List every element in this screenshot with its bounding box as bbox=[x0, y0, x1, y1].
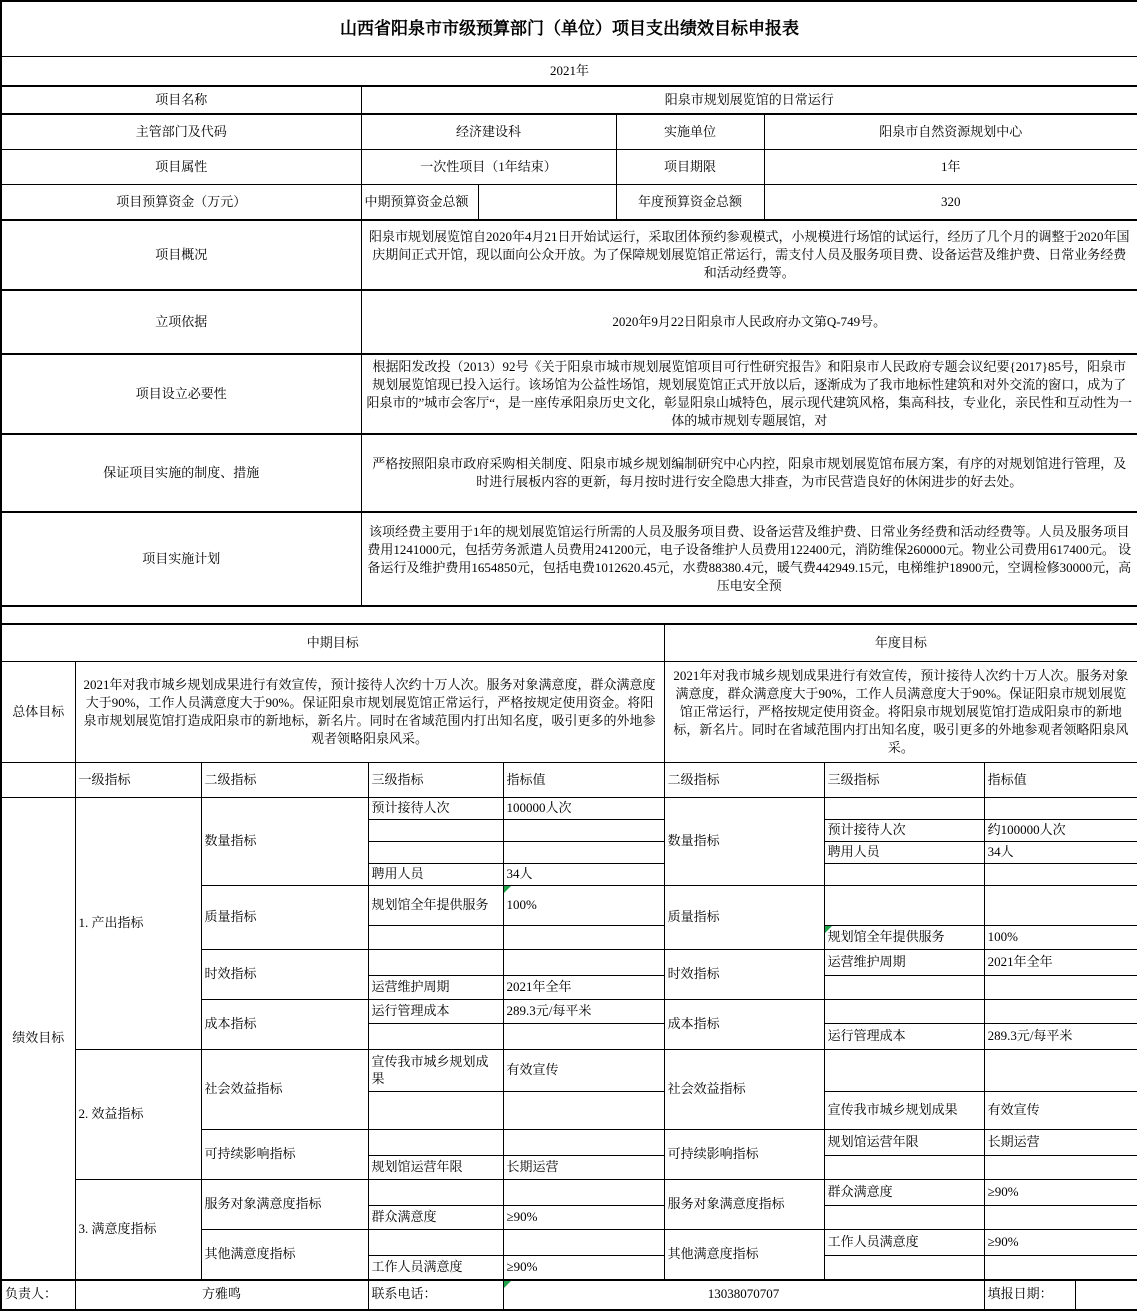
header-level3-left: 三级指标 bbox=[368, 763, 503, 798]
value-cell: 100% bbox=[984, 926, 1137, 950]
subgroup-quality-left: 质量指标 bbox=[201, 886, 368, 950]
impl-unit-value: 阳泉市自然资源规划中心 bbox=[764, 114, 1137, 150]
empty-cell bbox=[984, 976, 1137, 1000]
spacer-row bbox=[1, 606, 1137, 624]
subgroup-social-benefit-right: 社会效益指标 bbox=[664, 1050, 824, 1130]
value-cell: 有效宣传 bbox=[503, 1050, 664, 1092]
value-cell: 100000人次 bbox=[503, 798, 664, 820]
subgroup-timeliness-right: 时效指标 bbox=[664, 950, 824, 1000]
header-level3-right: 三级指标 bbox=[824, 763, 984, 798]
empty-cell bbox=[503, 820, 664, 842]
indicator-cell: 规划馆运营年限 bbox=[368, 1156, 503, 1180]
empty-cell bbox=[503, 1130, 664, 1156]
indicator-cell: 聘用人员 bbox=[368, 864, 503, 886]
value-cell: 2021年全年 bbox=[984, 950, 1137, 976]
attr-label: 项目属性 bbox=[1, 150, 361, 185]
mid-overall-goal-text: 2021年对我市城乡规划成果进行有效宣传，预计接待人次约十万人次。服务对象满意度… bbox=[75, 662, 664, 763]
value-cell: ≥90% bbox=[503, 1256, 664, 1280]
necessity-label: 项目设立必要性 bbox=[1, 354, 361, 434]
header-level1: 一级指标 bbox=[75, 763, 201, 798]
empty-cell bbox=[503, 842, 664, 864]
indicator-cell: 工作人员满意度 bbox=[368, 1256, 503, 1280]
indicator-cell: 聘用人员 bbox=[824, 842, 984, 864]
empty-cell bbox=[368, 1024, 503, 1050]
empty-cell bbox=[824, 798, 984, 820]
plan-text-clip: 该项经费主要用于1年的规划展览馆运行所需的人员及服务项目费、设备运营及维护费、日… bbox=[367, 523, 1133, 595]
form-title: 山西省阳泉市市级预算部门（单位）项目支出绩效目标申报表 bbox=[1, 1, 1137, 57]
subgroup-quality-right: 质量指标 bbox=[664, 886, 824, 950]
indicator-cell: 运营维护周期 bbox=[824, 950, 984, 976]
subgroup-other-satisfaction-left: 其他满意度指标 bbox=[201, 1230, 368, 1280]
overall-goal-label: 总体目标 bbox=[1, 662, 75, 763]
dept-value: 经济建设科 bbox=[361, 114, 616, 150]
value-cell: ≥90% bbox=[984, 1180, 1137, 1206]
empty-cell bbox=[503, 1024, 664, 1050]
declaration-form-top-table: 山西省阳泉市市级预算部门（单位）项目支出绩效目标申报表 2021年 项目名称 阳… bbox=[0, 0, 1137, 625]
group-benefit-indicator: 2. 效益指标 bbox=[75, 1050, 201, 1180]
value-cell: 289.3元/每平米 bbox=[503, 1000, 664, 1024]
goals-and-indicators-table: 中期目标 年度目标 总体目标 2021年对我市城乡规划成果进行有效宣传，预计接待… bbox=[0, 623, 1137, 1311]
empty-cell bbox=[503, 926, 664, 950]
empty-cell bbox=[824, 864, 984, 886]
value-cell: ≥90% bbox=[984, 1230, 1137, 1256]
project-name-label: 项目名称 bbox=[1, 86, 361, 114]
empty-cell bbox=[984, 864, 1137, 886]
mid-goal-header: 中期目标 bbox=[1, 624, 664, 662]
responsible-label: 负责人： bbox=[1, 1280, 75, 1310]
subgroup-cost-left: 成本指标 bbox=[201, 1000, 368, 1050]
empty-cell bbox=[984, 886, 1137, 926]
empty-cell bbox=[824, 1156, 984, 1180]
empty-cell bbox=[824, 1050, 984, 1092]
empty-cell bbox=[368, 842, 503, 864]
budget-label: 项目预算资金（万元） bbox=[1, 185, 361, 221]
impl-unit-label: 实施单位 bbox=[616, 114, 764, 150]
subgroup-service-satisfaction-left: 服务对象满意度指标 bbox=[201, 1180, 368, 1230]
mid-budget-label: 中期预算资金总额 bbox=[361, 185, 478, 221]
indicator-cell: 运行管理成本 bbox=[824, 1024, 984, 1050]
indicator-cell: 群众满意度 bbox=[368, 1206, 503, 1230]
basis-text: 2020年9月22日阳泉市人民政府办文第Q-749号。 bbox=[361, 290, 1137, 354]
dept-label: 主管部门及代码 bbox=[1, 114, 361, 150]
indicator-cell: 运行管理成本 bbox=[368, 1000, 503, 1024]
annual-budget-value: 320 bbox=[764, 185, 1137, 221]
safeguard-text: 严格按照阳泉市政府采购相关制度、阳泉市城乡规划编制研究中心内控，阳泉市规划展览馆… bbox=[361, 434, 1137, 512]
header-level2-left: 二级指标 bbox=[201, 763, 368, 798]
necessity-text-clip: 根据阳发改投（2013）92号《关于阳泉市城市规划展览馆项目可行性研究报告》和阳… bbox=[367, 358, 1133, 430]
value-cell: 长期运营 bbox=[503, 1156, 664, 1180]
value-cell: 有效宣传 bbox=[984, 1092, 1137, 1130]
subgroup-social-benefit-left: 社会效益指标 bbox=[201, 1050, 368, 1130]
value-cell: ≥90% bbox=[503, 1206, 664, 1230]
phone-number: 13038070707 bbox=[503, 1280, 984, 1310]
empty-cell bbox=[984, 1256, 1137, 1280]
subgroup-cost-right: 成本指标 bbox=[664, 1000, 824, 1050]
indicator-cell: 规划馆全年提供服务 bbox=[368, 886, 503, 926]
empty-cell bbox=[368, 1230, 503, 1256]
plan-text: 该项经费主要用于1年的规划展览馆运行所需的人员及服务项目费、设备运营及维护费、日… bbox=[361, 512, 1137, 606]
empty-cell bbox=[503, 1180, 664, 1206]
safeguard-label: 保证项目实施的制度、措施 bbox=[1, 434, 361, 512]
period-value: 1年 bbox=[764, 150, 1137, 185]
basis-label: 立项依据 bbox=[1, 290, 361, 354]
value-cell: 长期运营 bbox=[984, 1130, 1137, 1156]
period-label: 项目期限 bbox=[616, 150, 764, 185]
value-cell: 34人 bbox=[503, 864, 664, 886]
subgroup-sustainability-left: 可持续影响指标 bbox=[201, 1130, 368, 1180]
subgroup-sustainability-right: 可持续影响指标 bbox=[664, 1130, 824, 1180]
indicator-cell: 预计接待人次 bbox=[368, 798, 503, 820]
indicator-cell: 宣传我市城乡规划成果 bbox=[368, 1050, 503, 1092]
indicator-cell: 预计接待人次 bbox=[824, 820, 984, 842]
indicator-cell: 宣传我市城乡规划成果 bbox=[824, 1092, 984, 1130]
indicator-cell: 群众满意度 bbox=[824, 1180, 984, 1206]
empty-cell bbox=[503, 1230, 664, 1256]
annual-goal-header: 年度目标 bbox=[664, 624, 1137, 662]
indicator-cell: 运营维护周期 bbox=[368, 976, 503, 1000]
empty-cell bbox=[368, 1130, 503, 1156]
value-cell: 2021年全年 bbox=[503, 976, 664, 1000]
annual-overall-goal-text: 2021年对我市城乡规划成果进行有效宣传，预计接待人次约十万人次。服务对象满意度… bbox=[664, 662, 1137, 763]
report-date-label: 填报日期： bbox=[984, 1280, 1137, 1310]
empty-cell bbox=[503, 950, 664, 976]
phone-label: 联系电话： bbox=[368, 1280, 503, 1310]
indicator-cell-flagged: 规划馆全年提供服务 bbox=[824, 926, 984, 950]
value-cell-flagged: 100% bbox=[503, 886, 664, 926]
empty-cell bbox=[984, 1000, 1137, 1024]
subgroup-service-satisfaction-right: 服务对象满意度指标 bbox=[664, 1180, 824, 1230]
annual-budget-label: 年度预算资金总额 bbox=[616, 185, 764, 221]
attr-value: 一次性项目（1年结束） bbox=[361, 150, 616, 185]
necessity-text: 根据阳发改投（2013）92号《关于阳泉市城市规划展览馆项目可行性研究报告》和阳… bbox=[361, 354, 1137, 434]
empty-cell bbox=[368, 820, 503, 842]
value-cell: 约100000人次 bbox=[984, 820, 1137, 842]
empty-cell bbox=[824, 1256, 984, 1280]
empty-cell bbox=[368, 950, 503, 976]
responsible-name: 方雅鸣 bbox=[75, 1280, 368, 1310]
empty-cell bbox=[984, 1206, 1137, 1230]
subgroup-quantity-right: 数量指标 bbox=[664, 798, 824, 886]
empty-cell bbox=[368, 1092, 503, 1130]
empty-cell bbox=[824, 976, 984, 1000]
empty-cell bbox=[503, 1092, 664, 1130]
subgroup-timeliness-left: 时效指标 bbox=[201, 950, 368, 1000]
empty-cell bbox=[368, 926, 503, 950]
empty-corner-cell bbox=[1, 763, 75, 798]
indicator-cell: 规划馆运营年限 bbox=[824, 1130, 984, 1156]
group-satisfaction-indicator: 3. 满意度指标 bbox=[75, 1180, 201, 1280]
performance-goal-label: 绩效目标 bbox=[1, 798, 75, 1280]
value-cell: 289.3元/每平米 bbox=[984, 1024, 1137, 1050]
mid-budget-value bbox=[478, 185, 616, 221]
header-value-left: 指标值 bbox=[503, 763, 664, 798]
group-output-indicator: 1. 产出指标 bbox=[75, 798, 201, 1050]
form-year: 2021年 bbox=[1, 57, 1137, 87]
plan-label: 项目实施计划 bbox=[1, 512, 361, 606]
indicator-cell: 工作人员满意度 bbox=[824, 1230, 984, 1256]
empty-cell bbox=[368, 1180, 503, 1206]
header-level2-right: 二级指标 bbox=[664, 763, 824, 798]
empty-cell bbox=[824, 1000, 984, 1024]
subgroup-other-satisfaction-right: 其他满意度指标 bbox=[664, 1230, 824, 1280]
overview-text: 阳泉市规划展览馆自2020年4月21日开始试运行，采取团体预约参观模式，小规模进… bbox=[361, 220, 1137, 290]
empty-cell bbox=[984, 798, 1137, 820]
overview-label: 项目概况 bbox=[1, 220, 361, 290]
value-cell: 34人 bbox=[984, 842, 1137, 864]
empty-cell bbox=[824, 1206, 984, 1230]
empty-cell bbox=[984, 1156, 1137, 1180]
project-name-value: 阳泉市规划展览馆的日常运行 bbox=[361, 86, 1137, 114]
subgroup-quantity-left: 数量指标 bbox=[201, 798, 368, 886]
empty-cell bbox=[984, 1050, 1137, 1092]
header-value-right: 指标值 bbox=[984, 763, 1137, 798]
empty-cell bbox=[824, 886, 984, 926]
